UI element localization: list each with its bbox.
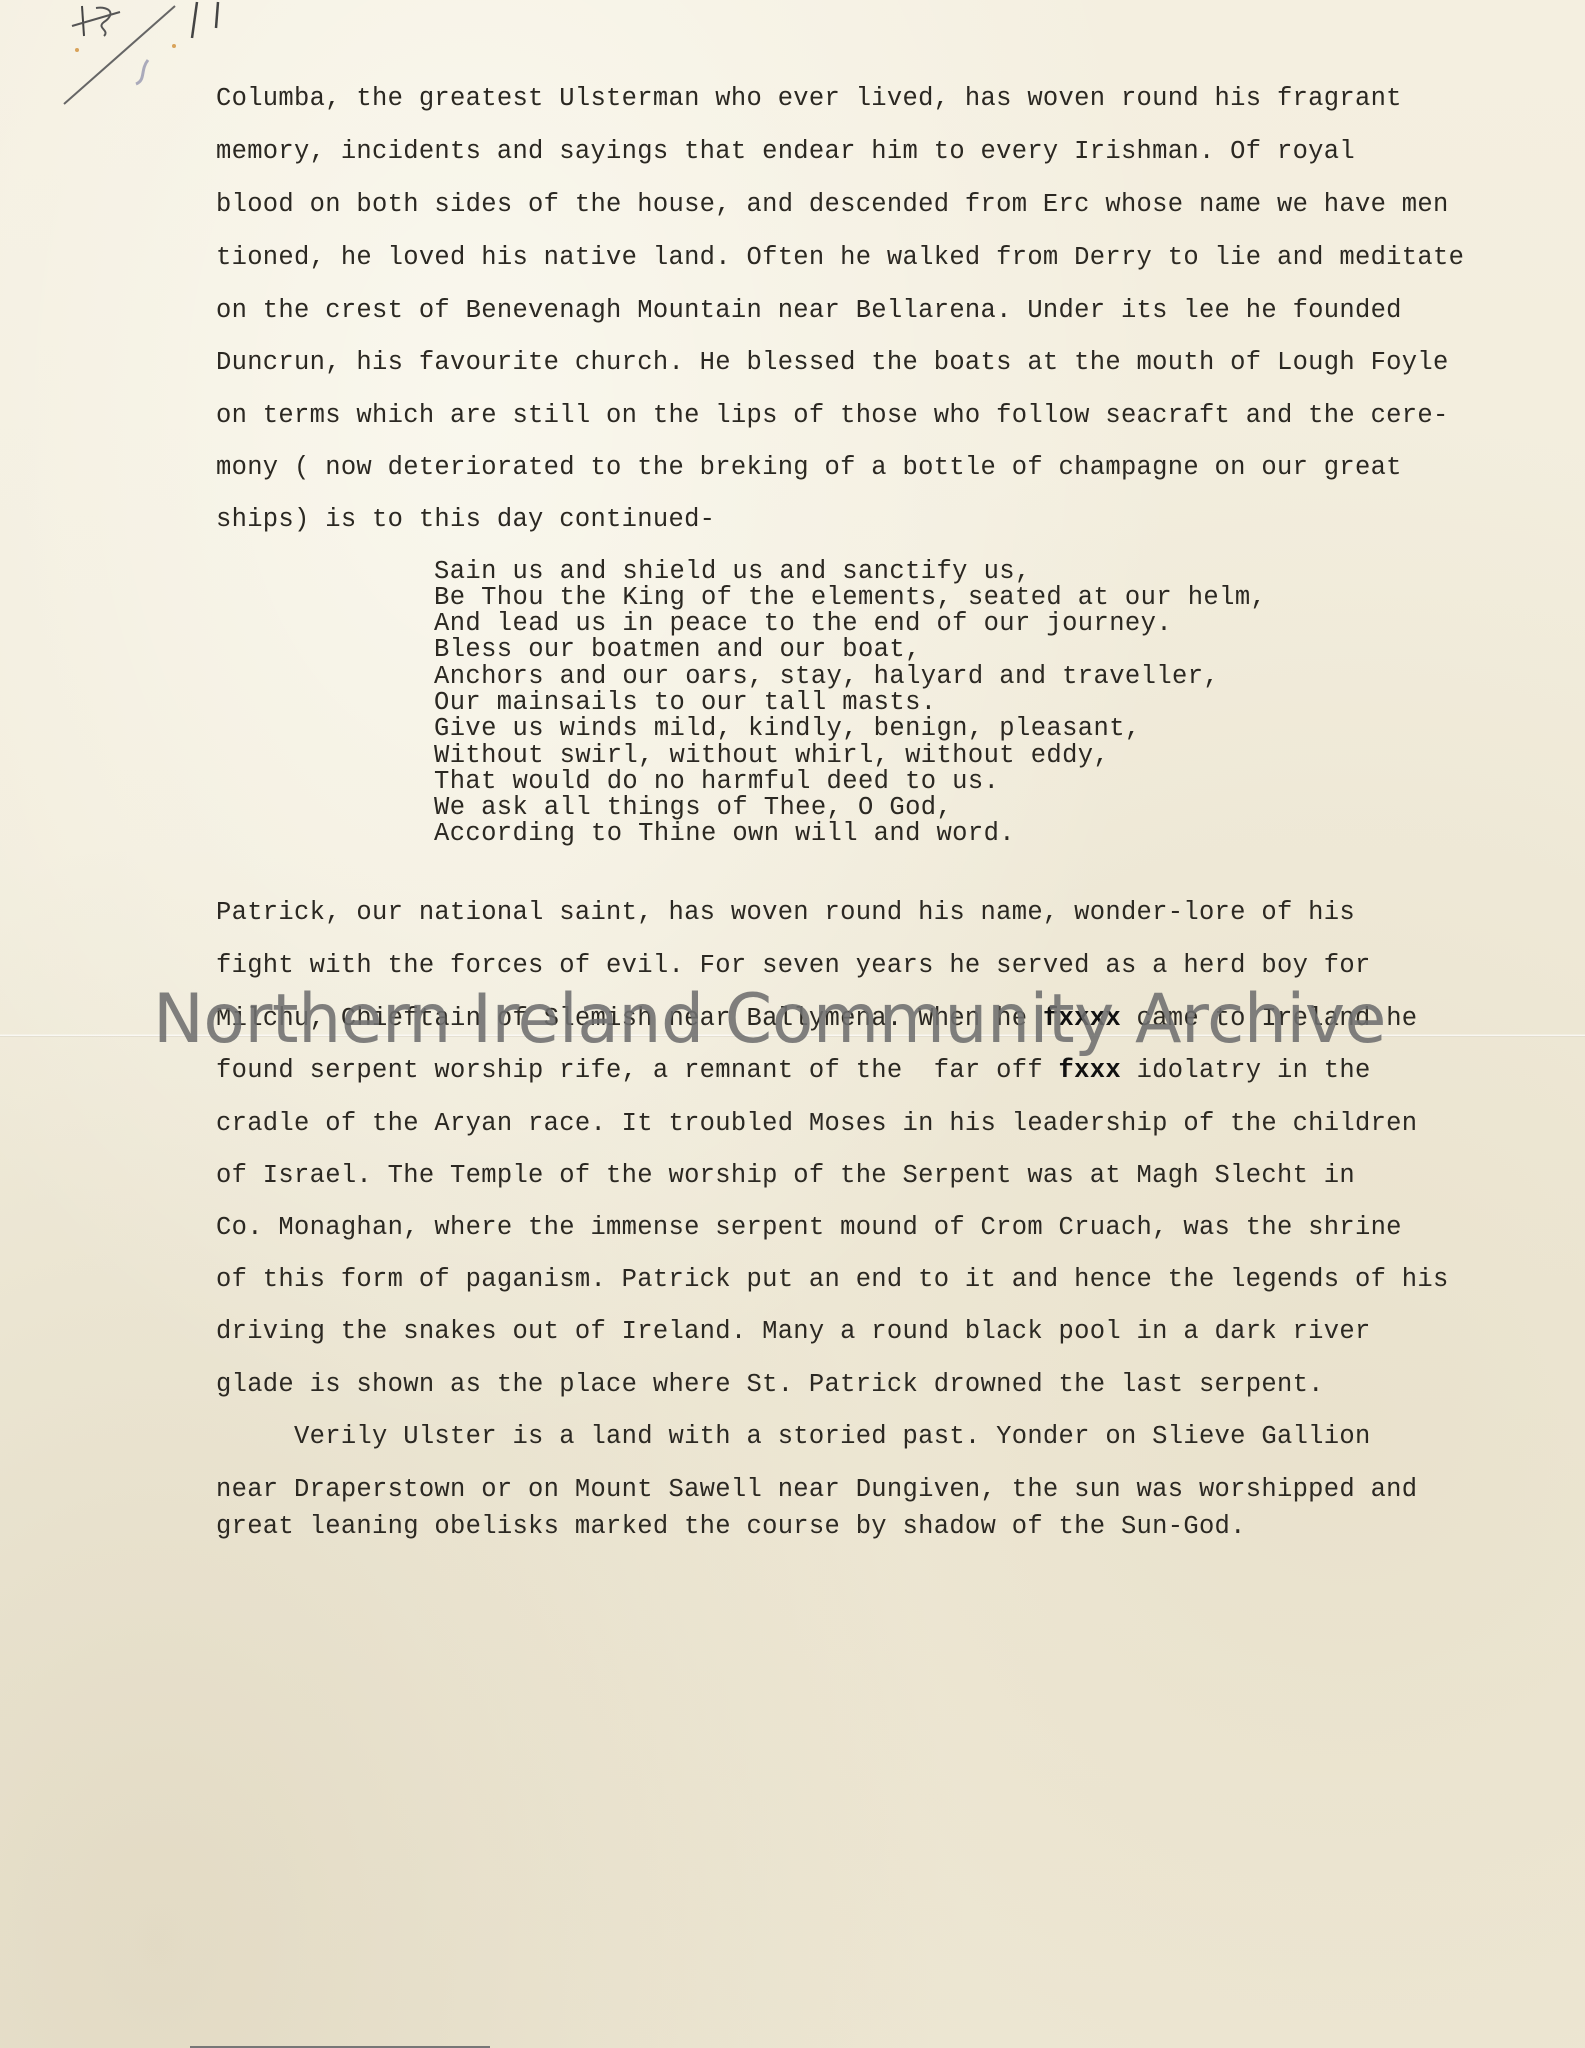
text-line: of Israel. The Temple of the worship of … — [216, 1163, 1355, 1189]
verse-line: Be Thou the King of the elements, seated… — [434, 585, 1266, 611]
text-line: Patrick, our national saint, has woven r… — [216, 900, 1355, 926]
text-line: blood on both sides of the house, and de… — [216, 192, 1449, 218]
verse-line: Without swirl, without whirl, without ed… — [434, 743, 1109, 769]
text-line: near Draperstown or on Mount Sawell near… — [216, 1477, 1417, 1503]
text-segment: idolatry in the — [1121, 1056, 1371, 1085]
text-line: Columba, the greatest Ulsterman who ever… — [216, 86, 1402, 112]
struck-out-text: fxxx — [1059, 1056, 1121, 1085]
paper-speck — [172, 44, 176, 48]
text-line: found serpent worship rife, a remnant of… — [216, 1058, 1371, 1084]
verse-line: And lead us in peace to the end of our j… — [434, 611, 1172, 637]
pencil-marks-icon — [0, 0, 250, 120]
text-line: Co. Monaghan, where the immense serpent … — [216, 1215, 1402, 1241]
verse-line: Give us winds mild, kindly, benign, plea… — [434, 716, 1141, 742]
text-line: ships) is to this day continued- — [216, 507, 715, 533]
text-line: cradle of the Aryan race. It troubled Mo… — [216, 1111, 1417, 1137]
text-line: Verily Ulster is a land with a storied p… — [216, 1424, 1371, 1450]
text-line: glade is shown as the place where St. Pa… — [216, 1372, 1324, 1398]
handwritten-page-number — [0, 0, 250, 120]
text-line: on the crest of Benevenagh Mountain near… — [216, 298, 1402, 324]
text-line: Duncrun, his favourite church. He blesse… — [216, 350, 1449, 376]
paper-speck — [75, 48, 79, 52]
text-line: of this form of paganism. Patrick put an… — [216, 1267, 1449, 1293]
verse-line: Sain us and shield us and sanctify us, — [434, 559, 1031, 585]
text-line: mony ( now deteriorated to the breking o… — [216, 455, 1402, 481]
text-line: tioned, he loved his native land. Often … — [216, 245, 1464, 271]
text-line: fight with the forces of evil. For seven… — [216, 953, 1371, 979]
verse-line: That would do no harmful deed to us. — [434, 769, 999, 795]
archive-watermark: Northern Ireland Community Archive — [153, 986, 1386, 1054]
text-line: driving the snakes out of Ireland. Many … — [216, 1319, 1371, 1345]
text-line: memory, incidents and sayings that endea… — [216, 139, 1355, 165]
text-segment: found serpent worship rife, a remnant of… — [216, 1056, 1059, 1085]
verse-line: Anchors and our oars, stay, halyard and … — [434, 664, 1219, 690]
verse-line: Bless our boatmen and our boat, — [434, 637, 921, 663]
verse-line: We ask all things of Thee, O God, — [434, 795, 952, 821]
text-line: on terms which are still on the lips of … — [216, 403, 1449, 429]
verse-line: Our mainsails to our tall masts. — [434, 690, 936, 716]
verse-line: According to Thine own will and word. — [434, 821, 1015, 847]
text-line: great leaning obelisks marked the course… — [216, 1514, 1246, 1540]
